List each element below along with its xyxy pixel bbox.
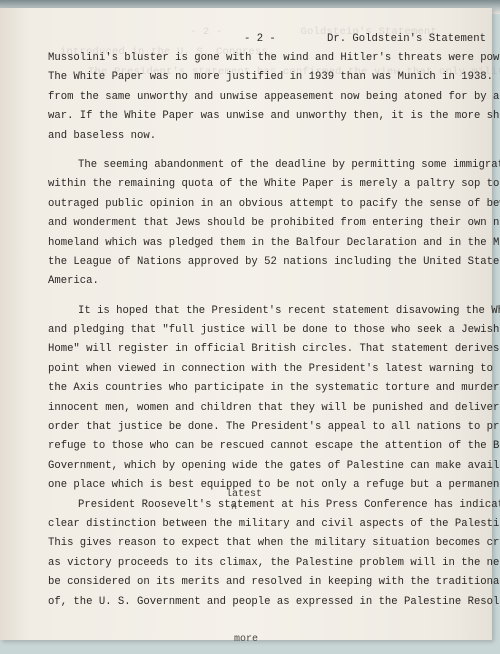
page-header: - 2 - Dr. Goldstein's Statement	[0, 33, 492, 49]
text-line: Government, which by opening wide the ga…	[48, 457, 478, 476]
text-line: from the same unworthy and unwise appeas…	[48, 88, 478, 107]
text-line: This gives reason to expect that when th…	[48, 534, 478, 553]
text-line: and baseless now.	[48, 127, 478, 146]
text-line: innocent men, women and children that th…	[48, 399, 478, 418]
text-line: The White Paper was no more justified in…	[48, 68, 478, 87]
continuation-marker: more	[0, 634, 492, 645]
text-line: be considered on its merits and resolved…	[48, 573, 478, 592]
text-line: war. If the White Paper was unwise and u…	[48, 107, 478, 126]
text-line: homeland which was pledged them in the B…	[48, 234, 478, 253]
paragraph-2: The seeming abandonment of the deadline …	[48, 156, 478, 292]
text-line: The seeming abandonment of the deadline …	[48, 156, 478, 175]
text-line: within the remaining quota of the White …	[48, 175, 478, 194]
text-line: the Axis countries who participate in th…	[48, 379, 478, 398]
typed-page: - 2 - Goldstein's Statement introduced i…	[0, 8, 492, 640]
text-line: point when viewed in connection with the…	[48, 360, 478, 379]
page-number: - 2 -	[244, 33, 276, 45]
text-line: as victory proceeds to its climax, the P…	[48, 554, 478, 573]
text-line: It is hoped that the President's recent …	[48, 302, 478, 321]
document-title: Dr. Goldstein's Statement	[327, 33, 486, 45]
text-line: Home" will register in official British …	[48, 340, 478, 359]
text-line: clear distinction between the military a…	[48, 515, 478, 534]
text-line-with-insert: latest ^ President Roosevelt's statement…	[48, 496, 478, 515]
text-line: America.	[48, 272, 478, 291]
text-line: one place which is best equipped to be n…	[48, 476, 478, 495]
text-line: President Roosevelt's statement at his P…	[78, 499, 500, 511]
paragraph-1: Mussolini's bluster is gone with the win…	[48, 49, 478, 146]
text-line: refuge to those who can be rescued canno…	[48, 437, 478, 456]
text-line: of, the U. S. Government and people as e…	[48, 593, 478, 612]
text-line: Mussolini's bluster is gone with the win…	[48, 49, 478, 68]
text-line: order that justice be done. The Presiden…	[48, 418, 478, 437]
paragraph-4: latest ^ President Roosevelt's statement…	[48, 496, 478, 612]
document-body: Mussolini's bluster is gone with the win…	[48, 49, 478, 612]
paragraph-3: It is hoped that the President's recent …	[48, 302, 478, 496]
caret-insertion-mark: ^	[231, 500, 237, 519]
text-line: and pledging that "full justice will be …	[48, 321, 478, 340]
text-line: outraged public opinion in an obvious at…	[48, 195, 478, 214]
text-line: the League of Nations approved by 52 nat…	[48, 253, 478, 272]
text-line: and wonderment that Jews should be prohi…	[48, 214, 478, 233]
